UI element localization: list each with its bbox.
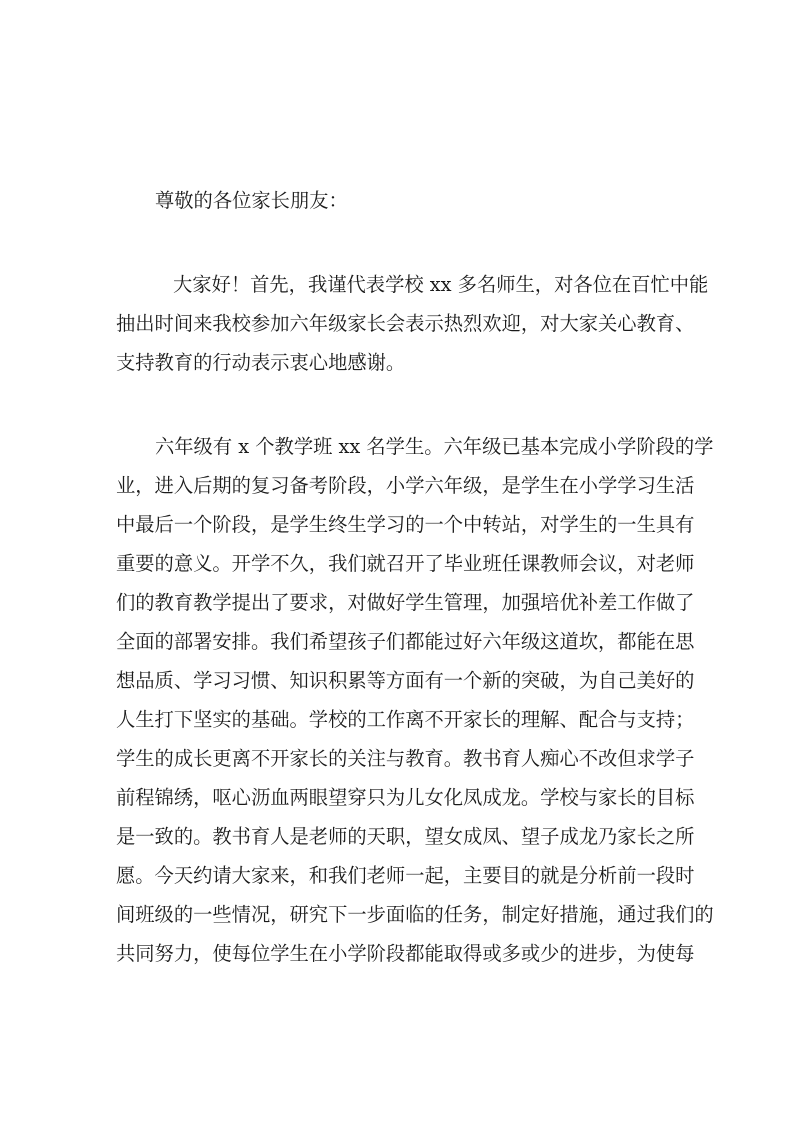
- paragraph-line: 业，进入后期的复习备考阶段，小学六年级，是学生在小学学习生活: [116, 466, 678, 505]
- paragraph-line: 中最后一个阶段，是学生终生学习的一个中转站，对学生的一生具有: [116, 505, 678, 544]
- paragraph-welcome: 大家好！首先，我谨代表学校 xx 多名师生，对各位在百忙中能 抽出时间来我校参加…: [116, 265, 678, 382]
- paragraph-line: 前程锦绣，呕心沥血两眼望穿只为儿女化凤成龙。学校与家长的目标: [116, 778, 678, 817]
- paragraph-line: 学生的成长更离不开家长的关注与教育。教书育人痴心不改但求学子: [116, 739, 678, 778]
- paragraph-line: 大家好！首先，我谨代表学校 xx 多名师生，对各位在百忙中能: [116, 265, 678, 304]
- paragraph-line: 支持教育的行动表示衷心地感谢。: [116, 343, 678, 382]
- paragraph-line: 六年级有 x 个教学班 xx 名学生。六年级已基本完成小学阶段的学: [116, 427, 678, 466]
- paragraph-line: 间班级的一些情况，研究下一步面临的任务，制定好措施，通过我们的: [116, 895, 678, 934]
- paragraph-grade-overview: 六年级有 x 个教学班 xx 名学生。六年级已基本完成小学阶段的学 业，进入后期…: [116, 427, 678, 973]
- paragraph-line: 抽出时间来我校参加六年级家长会表示热烈欢迎，对大家关心教育、: [116, 304, 678, 343]
- paragraph-line: 人生打下坚实的基础。学校的工作离不开家长的理解、配合与支持；: [116, 700, 678, 739]
- salutation: 尊敬的各位家长朋友：: [116, 187, 678, 215]
- paragraph-line: 想品质、学习习惯、知识积累等方面有一个新的突破，为自己美好的: [116, 661, 678, 700]
- paragraph-line: 愿。今天约请大家来，和我们老师一起，主要目的就是分析前一段时: [116, 856, 678, 895]
- paragraph-line: 全面的部署安排。我们希望孩子们都能过好六年级这道坎，都能在思: [116, 622, 678, 661]
- paragraph-line: 们的教育教学提出了要求，对做好学生管理，加强培优补差工作做了: [116, 583, 678, 622]
- paragraph-line: 重要的意义。开学不久，我们就召开了毕业班任课教师会议，对老师: [116, 544, 678, 583]
- paragraph-line: 共同努力，使每位学生在小学阶段都能取得或多或少的进步，为使每: [116, 934, 678, 973]
- paragraph-line: 是一致的。教书育人是老师的天职，望女成凤、望子成龙乃家长之所: [116, 817, 678, 856]
